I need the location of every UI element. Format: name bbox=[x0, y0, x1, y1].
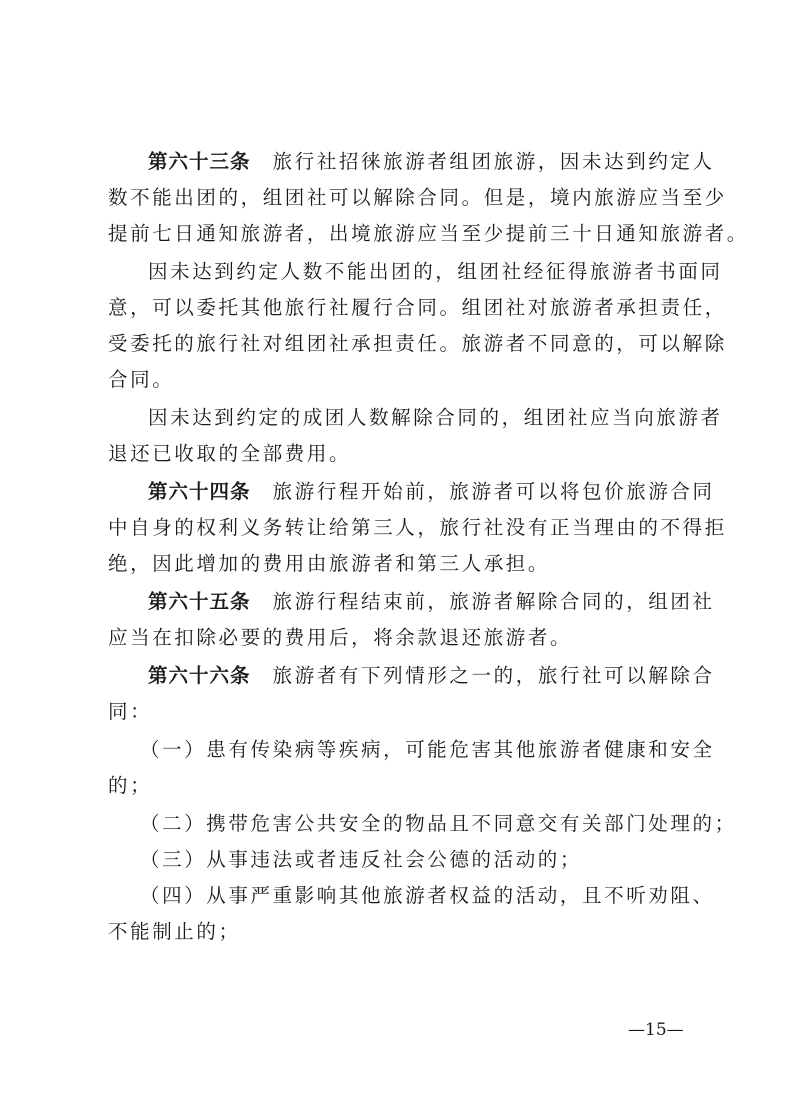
text-line: 意，可以委托其他旅行社履行合同。组团社对旅游者承担责任， bbox=[108, 296, 708, 320]
document-page: 第六十三条 旅行社招徕旅游者组团旅游，因未达到约定人 数不能出团的，组团社可以解… bbox=[0, 0, 790, 1119]
list-item-4: （四）从事严重影响其他旅游者权益的活动，且不听劝阻、 bbox=[140, 884, 740, 908]
text-line: 绝，因此增加的费用由旅游者和第三人承担。 bbox=[108, 552, 708, 576]
text-line: 应当在扣除必要的费用后，将余款退还旅游者。 bbox=[108, 626, 708, 650]
text-line: 受委托的旅行社对组团社承担责任。旅游者不同意的，可以解除 bbox=[108, 332, 708, 356]
text-line: 的； bbox=[108, 774, 708, 798]
article-65-line-1: 第六十五条 旅游行程结束前，旅游者解除合同的，组团社 bbox=[148, 590, 748, 614]
list-item-2: （二）携带危害公共安全的物品且不同意交有关部门处理的； bbox=[140, 812, 740, 836]
article-66-line-1: 第六十六条 旅游者有下列情形之一的，旅行社可以解除合 bbox=[148, 664, 748, 688]
text: 旅游行程开始前，旅游者可以将包价旅游合同 bbox=[251, 480, 715, 503]
page-number: —15— bbox=[628, 1020, 684, 1040]
text-line: 退还已收取的全部费用。 bbox=[108, 442, 708, 466]
text-line: 提前七日通知旅游者，出境旅游应当至少提前三十日通知旅游者。 bbox=[108, 222, 708, 246]
text-line: 不能制止的； bbox=[108, 920, 708, 944]
text-line: 因未达到约定人数不能出团的，组团社经征得旅游者书面同 bbox=[148, 260, 748, 284]
article-heading: 第六十四条 bbox=[148, 480, 251, 503]
list-item-3: （三）从事违法或者违反社会公德的活动的； bbox=[140, 848, 740, 872]
article-63-line-1: 第六十三条 旅行社招徕旅游者组团旅游，因未达到约定人 bbox=[148, 150, 748, 174]
article-heading: 第六十三条 bbox=[148, 150, 251, 173]
text: 旅游行程结束前，旅游者解除合同的，组团社 bbox=[251, 590, 715, 613]
article-64-line-1: 第六十四条 旅游行程开始前，旅游者可以将包价旅游合同 bbox=[148, 480, 748, 504]
text-line: 因未达到约定的成团人数解除合同的，组团社应当向旅游者 bbox=[148, 406, 748, 430]
text-line: 中自身的权利义务转让给第三人，旅行社没有正当理由的不得拒 bbox=[108, 516, 708, 540]
text-line: 同： bbox=[108, 700, 708, 724]
text-line: 合同。 bbox=[108, 368, 708, 392]
list-item-1: （一）患有传染病等疾病，可能危害其他旅游者健康和安全 bbox=[140, 738, 740, 762]
article-heading: 第六十六条 bbox=[148, 664, 251, 687]
text: 旅游者有下列情形之一的，旅行社可以解除合 bbox=[251, 664, 715, 687]
text-line: 数不能出团的，组团社可以解除合同。但是，境内旅游应当至少 bbox=[108, 186, 708, 210]
text: 旅行社招徕旅游者组团旅游，因未达到约定人 bbox=[251, 150, 715, 173]
article-heading: 第六十五条 bbox=[148, 590, 251, 613]
